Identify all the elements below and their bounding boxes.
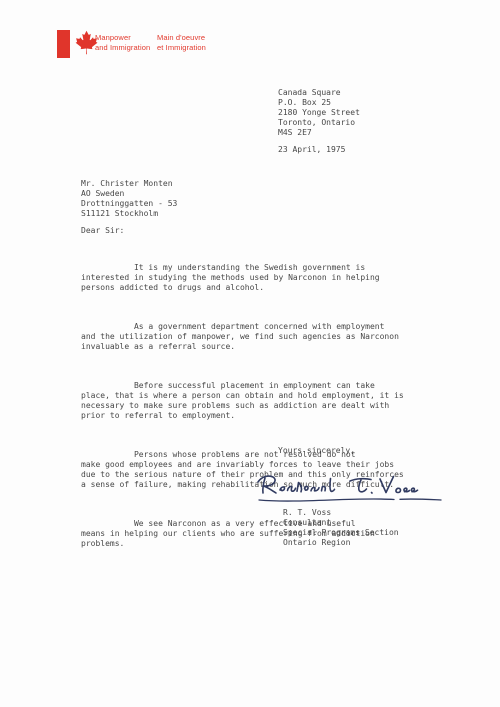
sender-address: Canada Square P.O. Box 25 2180 Yonge Str…	[278, 88, 360, 138]
flag-bar	[57, 30, 70, 58]
paragraph-2: As a government department concerned wit…	[81, 322, 426, 352]
paragraph-3: Before successful placement in employmen…	[81, 381, 426, 421]
signer-details: R. T. Voss Consultant Special Programs S…	[283, 508, 399, 548]
salutation: Dear Sir:	[81, 226, 124, 236]
department-name-english: Manpower and Immigration	[95, 33, 150, 53]
signature-handwritten	[254, 472, 448, 507]
recipient-address: Mr. Christer Monten AO Sweden Drottningg…	[81, 179, 177, 219]
department-name-french: Main d'oeuvre et Immigration	[157, 33, 206, 53]
valediction: Yours sincerely,	[278, 446, 355, 456]
paragraph-1: It is my understanding the Swedish gover…	[81, 263, 426, 293]
letter-page: Manpower and Immigration Main d'oeuvre e…	[0, 0, 500, 707]
letter-date: 23 April, 1975	[278, 145, 345, 155]
